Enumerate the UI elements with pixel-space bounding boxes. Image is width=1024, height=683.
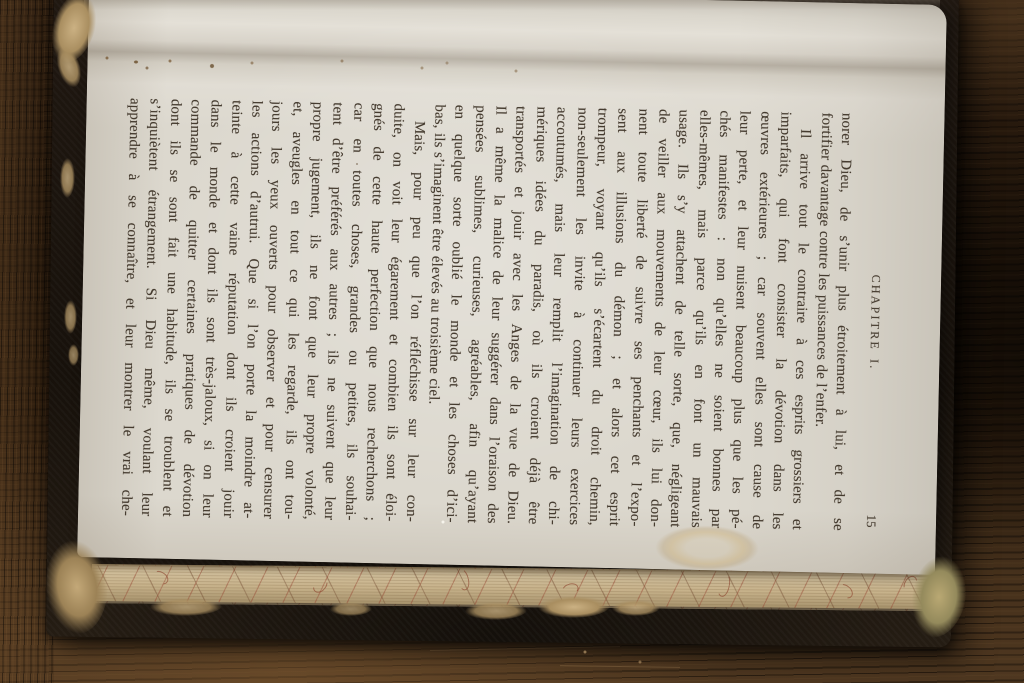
photo-book-scene: CHAPITRE I. 15 norer Dieu, de s’unir plu… <box>0 0 1024 683</box>
dust-specks <box>0 0 1024 683</box>
